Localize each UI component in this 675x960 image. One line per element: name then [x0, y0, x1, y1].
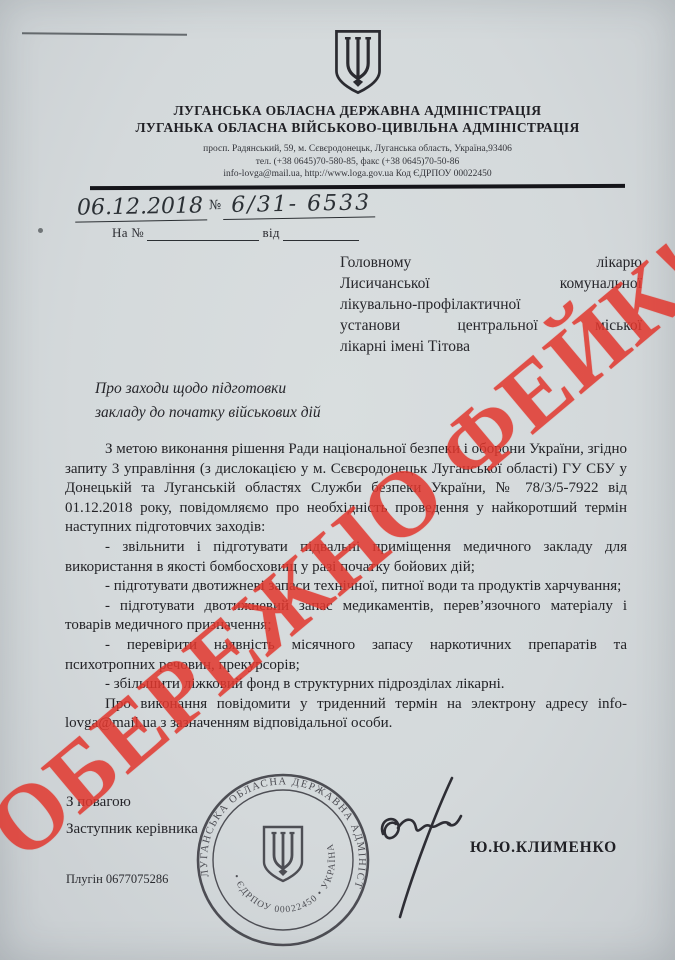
addressee-line: лікувально-профілактичної	[340, 294, 642, 315]
signer-position: Заступник керівника	[66, 821, 198, 838]
subject-line2: закладу до початку військових дій	[95, 401, 321, 425]
addressee-line: Лисичанської комунальної	[340, 273, 642, 294]
body-list-item: - перевірити наявність місячного запасу …	[65, 636, 627, 675]
subject-block: Про заходи щодо підготовки закладу до по…	[95, 377, 321, 425]
reply-to-label: На №	[112, 225, 144, 240]
letterhead: ЛУГАНСЬКА ОБЛАСНА ДЕРЖАВНА АДМІНІСТРАЦІЯ…	[70, 28, 645, 181]
addressee-line: Головному лікарю	[340, 252, 642, 273]
letterhead-address: просп. Радянський, 59, м. Сєвєродонецьк,…	[70, 143, 645, 156]
letterhead-contacts: просп. Радянський, 59, м. Сєвєродонецьк,…	[70, 143, 645, 181]
subject-line1: Про заходи щодо підготовки	[95, 377, 321, 401]
addressee-line: лікарні імені Тітова	[340, 336, 642, 357]
body-list-item: - збільшити ліжковий фонд в структурних …	[65, 675, 627, 695]
scanned-letter-page: ЛУГАНСЬКА ОБЛАСНА ДЕРЖАВНА АДМІНІСТРАЦІЯ…	[0, 0, 675, 960]
seal-trident-icon	[264, 827, 302, 881]
reply-number-blank	[147, 227, 259, 241]
executor-contact: Плугін 0677075286	[66, 872, 168, 887]
from-label: від	[263, 225, 280, 240]
reply-reference-row: На № від	[112, 225, 359, 241]
number-sign: №	[209, 198, 222, 213]
letterhead-divider-rule	[90, 184, 625, 190]
letterhead-phones: тел. (+38 0645)70-580-85, факс (+38 0645…	[70, 156, 645, 169]
body-closing-paragraph: Про виконання повідомити у триденний тер…	[65, 695, 627, 734]
from-date-blank	[283, 227, 359, 241]
signer-name: Ю.Ю.КЛИМЕНКО	[470, 839, 617, 857]
letter-body: З метою виконання рішення Ради національ…	[65, 440, 627, 734]
org-name-line2: ЛУГАНЬКА ОБЛАСНА ВІЙСЬКОВО-ЦИВІЛЬНА АДМІ…	[70, 119, 645, 136]
official-round-seal: ЛУГАНСЬКА ОБЛАСНА ДЕРЖАВНА АДМІНІСТРАЦІЯ…	[193, 770, 373, 950]
handwritten-signature	[358, 772, 473, 922]
scan-speck	[38, 228, 43, 233]
handwritten-reference-row: 06.12.2018№6/31- 6533	[75, 190, 376, 222]
addressee-block: Головному лікарю Лисичанської комунально…	[340, 252, 642, 357]
body-list-item: - підготувати двотижневі запаси технічно…	[65, 577, 627, 597]
body-intro-paragraph: З метою виконання рішення Ради національ…	[65, 440, 627, 538]
salutation: З повагою	[66, 794, 131, 811]
body-list-item: - звільнити і підготувати підвальні прим…	[65, 538, 627, 577]
handwritten-date: 06.12.2018	[75, 193, 207, 222]
org-name-line1: ЛУГАНСЬКА ОБЛАСНА ДЕРЖАВНА АДМІНІСТРАЦІЯ	[70, 102, 645, 119]
handwritten-outgoing-number: 6/31- 6533	[223, 190, 375, 220]
letterhead-email-site: info-lovga@mail.ua, http://www.loga.gov.…	[70, 168, 645, 181]
ukraine-coat-of-arms-icon	[333, 28, 383, 96]
body-list-item: - підготувати двотижневий запас медикаме…	[65, 597, 627, 636]
addressee-line: установи центральної міської	[340, 315, 642, 336]
